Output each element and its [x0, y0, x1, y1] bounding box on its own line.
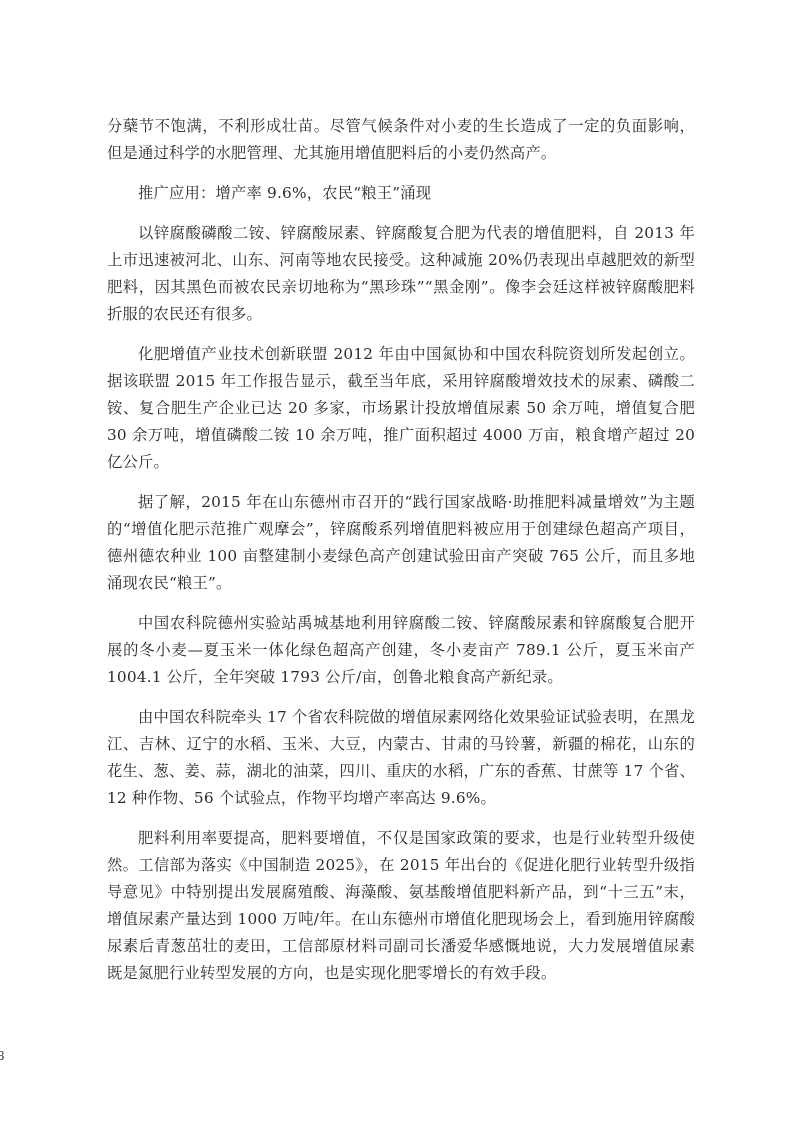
- document-body: 分蘖节不饱满，不利形成壮苗。尽管气候条件对小麦的生长造成了一定的负面影响，但是通…: [107, 113, 695, 1000]
- paragraph: 由中国农科院牵头 17 个省农科院做的增值尿素网络化效果验证试验表明，在黑龙江、…: [107, 704, 695, 812]
- section-heading: 推广应用：增产率 9.6%，农民“粮王”涌现: [107, 180, 695, 207]
- paragraph: 据了解，2015 年在山东德州市召开的“践行国家战略·助推肥料减量增效”为主题的…: [107, 489, 695, 597]
- paragraph: 化肥增值产业技术创新联盟 2012 年由中国氮协和中国农科院资划所发起创立。据该…: [107, 341, 695, 476]
- paragraph: 中国农科院德州实验站禹城基地利用锌腐酸二铵、锌腐酸尿素和锌腐酸复合肥开展的冬小麦…: [107, 610, 695, 691]
- paragraph-continuation: 分蘖节不饱满，不利形成壮苗。尽管气候条件对小麦的生长造成了一定的负面影响，但是通…: [107, 113, 695, 167]
- page-number: 8: [0, 1049, 5, 1063]
- paragraph: 以锌腐酸磷酸二铵、锌腐酸尿素、锌腐酸复合肥为代表的增值肥料，自 2013 年上市…: [107, 220, 695, 328]
- paragraph: 肥料利用率要提高，肥料要增值，不仅是国家政策的要求，也是行业转型升级使然。工信部…: [107, 825, 695, 987]
